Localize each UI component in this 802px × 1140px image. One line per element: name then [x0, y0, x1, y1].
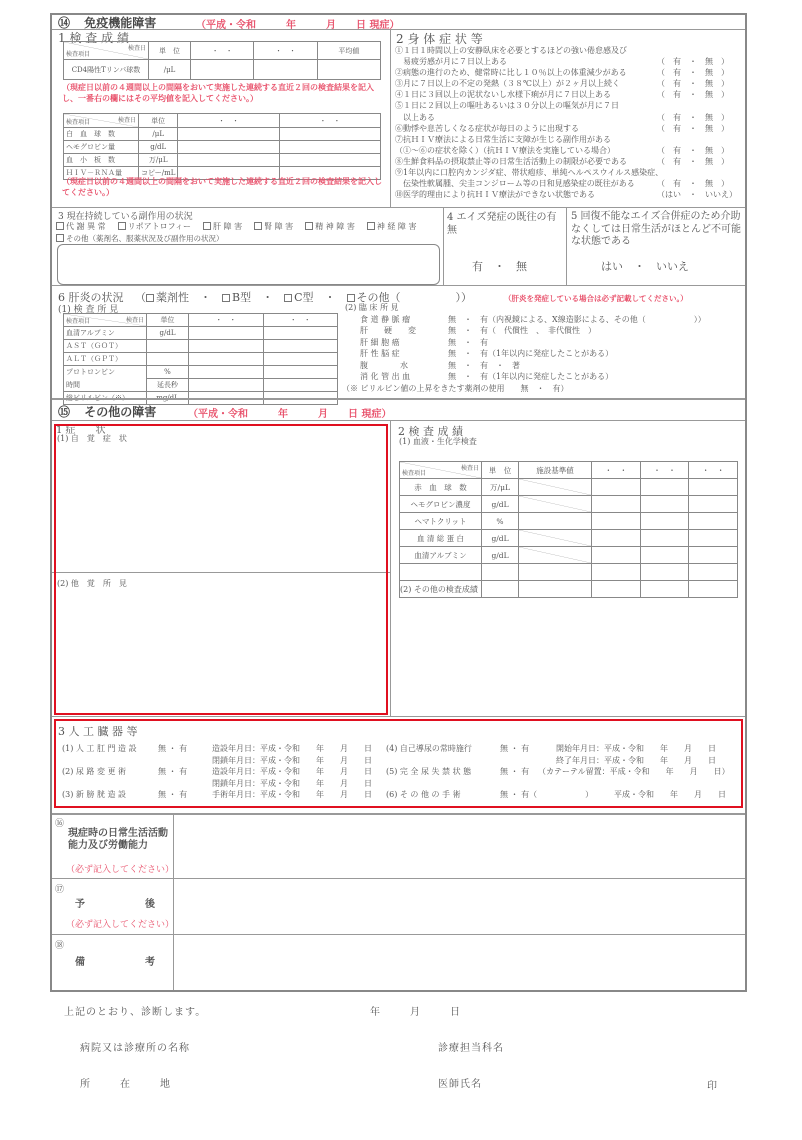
test-unit: 万/μL — [482, 479, 519, 496]
symptom-text: ⑧生鮮食料品の摂取禁止等の日常生活活動上の制限が必要である — [395, 157, 627, 166]
clinical-name: 肝 性 脳 症 — [360, 349, 400, 358]
checkbox[interactable] — [118, 222, 126, 230]
blood-table: 検査項目検査日 単位 ・ ・ ・ ・ 白 血 球 数/μL ヘモグロビン量g/d… — [63, 113, 381, 180]
symptom-item: ④１日に３回以上の泥状ないし水様下痢が月に７日以上ある（ 有 ・ 無 ） — [395, 89, 743, 100]
complication-choice[interactable]: はい ・ いいえ — [601, 258, 689, 274]
symptom-item: ⑥動悸や息苦しくなる症状が毎日のように出現する（ 有 ・ 無 ） — [395, 123, 743, 134]
side-effect-option[interactable]: 腎 障 害 — [254, 222, 293, 231]
checkbox[interactable] — [56, 234, 64, 242]
symptom-text: 以上ある — [395, 113, 435, 122]
reference-value[interactable] — [519, 564, 592, 581]
table-row: CD4陽性Tリンパ球数 /μL — [64, 60, 381, 80]
test-unit: % — [482, 513, 519, 530]
clinical-item: 食 道 静 脈 瘤無 ・ 有（内視鏡による、X線造影による、その他（ ）） — [360, 314, 740, 325]
section15-date: （平成・令和 年 月 日 現症） — [188, 405, 391, 420]
result-cell[interactable] — [592, 513, 641, 530]
option-label: 精 神 障 害 — [315, 222, 355, 231]
result-cell[interactable] — [592, 581, 641, 598]
section17-input[interactable] — [176, 880, 743, 932]
result-cell[interactable] — [592, 547, 641, 564]
result-cell[interactable] — [592, 530, 641, 547]
reference-value — [519, 496, 592, 513]
highlight-symptoms — [54, 424, 388, 715]
result-cell[interactable] — [689, 513, 738, 530]
test-unit: g/dL — [482, 530, 519, 547]
result-cell[interactable] — [689, 564, 738, 581]
result-cell[interactable] — [640, 479, 689, 496]
lab15-table: 検査項目検査日 単 位 施設基準値 ・ ・ ・ ・ ・ ・ 赤 血 球 数万/μ… — [399, 461, 738, 598]
table-row: 血 清 総 蛋 白g/dL — [400, 530, 738, 547]
symptom-item: ⑧生鮮食料品の摂取禁止等の日常生活活動上の制限が必要である（ 有 ・ 無 ） — [395, 156, 743, 167]
symptom-item: ⑤１日に２回以上の嘔吐あるいは３０分以上の嘔気が月に７日 — [395, 100, 743, 111]
symptom-choice[interactable]: （ 有 ・ 無 ） — [657, 123, 729, 134]
table-row: 白 血 球 数/μL — [64, 128, 381, 141]
checkbox[interactable] — [254, 222, 262, 230]
section18-label: 備 考 — [75, 953, 155, 968]
clinical-item: 肝 性 脳 症無 ・ 有（1年以内に発症したことがある） — [360, 348, 740, 359]
side-effect-option[interactable]: リポアトロフィー — [118, 222, 191, 231]
table-row: ヘモグロビン量g/dL — [64, 141, 381, 154]
checkbox[interactable] — [305, 222, 313, 230]
result-cell[interactable] — [640, 530, 689, 547]
lab-note-2: （現症日以前の４週間以上の間隔をおいて実施した連続する直近２回の検査結果を記入し… — [62, 176, 384, 198]
table-row: プロトロンビン% — [64, 366, 338, 379]
clinical-findings-title: (2) 臨 床 所 見 — [345, 302, 399, 313]
symptom-text: 易疲労感が月に７日以上ある — [395, 57, 507, 66]
clinical-name: 肝 硬 変 — [360, 326, 416, 335]
test-unit — [482, 564, 519, 581]
result-cell[interactable] — [640, 547, 689, 564]
section15-header: ⑮ その他の障害 — [58, 403, 156, 420]
other-lab-input[interactable] — [398, 598, 740, 710]
clinical-choice[interactable]: 無 ・ 有 — [448, 337, 488, 348]
option-label: 神 経 障 害 — [377, 222, 417, 231]
table-row: 赤 血 球 数万/μL — [400, 479, 738, 496]
clinical-item: 肝 硬 変無 ・ 有（ 代償性 、 非代償性 ） — [360, 325, 740, 336]
result-cell[interactable] — [640, 496, 689, 513]
checkbox-b[interactable] — [222, 294, 230, 302]
section14-number: ⑭ — [58, 16, 70, 30]
reference-value[interactable] — [519, 513, 592, 530]
reference-value — [519, 547, 592, 564]
result-cell[interactable] — [640, 581, 689, 598]
hepatitis-title-row: 6 肝炎の状況 （薬剤性 ・ B型 ・ C型 ・ その他（ ）） — [58, 289, 472, 305]
section15-title: その他の障害 — [84, 405, 156, 419]
test-unit — [482, 581, 519, 598]
symptom-item: 伝染性軟属腫、尖圭コンジローム等の日和見感染症の既往がある（ 有 ・ 無 ） — [395, 178, 743, 189]
side-effects-other[interactable]: その他（薬剤名、服薬状況及び副作用の状況） — [56, 233, 224, 244]
section18-input[interactable] — [176, 936, 743, 989]
clinical-name: 消 化 管 出 血 — [360, 372, 410, 381]
symptom-text: 伝染性軟属腫、尖圭コンジローム等の日和見感染症の既往がある — [395, 179, 635, 188]
table-row: ＡＳＴ（ＧＯＴ） — [64, 340, 338, 353]
side-effects-options: 代 謝 異 常リポアトロフィー肝 障 害腎 障 害精 神 障 害神 経 障 害 — [56, 221, 441, 232]
clinical-item: 肝 細 胞 癌無 ・ 有 — [360, 337, 740, 348]
section17-note: （必ず記入してください） — [66, 917, 174, 930]
hepatitis-note: （肝炎を発症している場合は必ず記載してください。） — [504, 293, 688, 304]
symptom-choice[interactable]: （ 有 ・ 無 ） — [657, 178, 729, 189]
clinical-name: 食 道 静 脈 瘤 — [360, 315, 410, 324]
symptom-text: ⑨1年以内に口腔内カンジダ症、帯状疱疹、単純ヘルペスウイルス感染症、 — [395, 168, 663, 177]
clinical-note: （1年以内に発症したことがある） — [488, 371, 613, 382]
option-label: リポアトロフィー — [128, 222, 191, 231]
aids-history-choice[interactable]: 有 ・ 無 — [472, 258, 527, 274]
symptom-item: ③月に７日以上の不定の発熱（３８℃以上）が２ヶ月以上続く（ 有 ・ 無 ） — [395, 78, 743, 89]
doctor-name-label: 医師氏名 — [438, 1075, 482, 1090]
reference-value — [519, 530, 592, 547]
section17-label: 予 後 — [75, 895, 155, 910]
address-label: 所 在 地 — [80, 1075, 170, 1090]
diagnosis-date[interactable]: 年 月 日 — [370, 1003, 460, 1018]
clinical-note: （ 代償性 、 非代償性 ） — [488, 325, 596, 336]
result-cell[interactable] — [640, 513, 689, 530]
test-name: 血 清 総 蛋 白 — [400, 530, 482, 547]
result-cell[interactable] — [640, 564, 689, 581]
checkbox-other[interactable] — [347, 294, 355, 302]
symptom-choice[interactable]: （ 有 ・ 無 ） — [657, 156, 729, 167]
clinical-choice[interactable]: 無 ・ 有 — [448, 314, 488, 325]
symptom-choice[interactable]: （ 有 ・ 無 ） — [657, 56, 729, 67]
result-cell[interactable] — [592, 564, 641, 581]
symptoms-list: ①１日１時間以上の安静臥床を必要とするほどの強い倦怠感及び 易疲労感が月に７日以… — [395, 45, 743, 200]
result-cell[interactable] — [689, 530, 738, 547]
clinical-choice[interactable]: 無 ・ 有 — [448, 371, 488, 382]
table-row: ヘマトクリット% — [400, 513, 738, 530]
clinical-choice[interactable]: 無 ・ 有 ・ 著 — [448, 360, 520, 371]
checkbox-c[interactable] — [284, 294, 292, 302]
clinical-findings-list: 食 道 静 脈 瘤無 ・ 有（内視鏡による、X線造影による、その他（ ））肝 硬… — [360, 314, 740, 382]
symptom-item: 易疲労感が月に７日以上ある（ 有 ・ 無 ） — [395, 56, 743, 67]
section15-number: ⑮ — [58, 405, 70, 419]
clinical-item: 消 化 管 出 血無 ・ 有（1年以内に発症したことがある） — [360, 371, 740, 382]
symptom-choice[interactable]: （ 有 ・ 無 ） — [657, 89, 729, 100]
diagnosis-statement: 上記のとおり、診断します。 — [64, 1003, 206, 1018]
reference-value[interactable] — [519, 581, 592, 598]
symptom-item: ⑨1年以内に口腔内カンジダ症、帯状疱疹、単純ヘルペスウイルス感染症、 — [395, 167, 743, 178]
symptom-text: ⑩医学的理由により抗ＨＩＶ療法ができない状態である — [395, 190, 595, 199]
test-unit: g/dL — [482, 496, 519, 513]
reference-value — [519, 479, 592, 496]
checkbox-drug[interactable] — [146, 294, 154, 302]
department-label: 診療担当科名 — [438, 1039, 504, 1054]
cd4-average[interactable] — [317, 60, 380, 80]
checkbox[interactable] — [367, 222, 375, 230]
clinical-choice[interactable]: 無 ・ 有 — [448, 325, 488, 336]
result-cell[interactable] — [592, 479, 641, 496]
symptom-text: ④１日に３回以上の泥状ないし水様下痢が月に７日以上ある — [395, 90, 611, 99]
side-effect-option[interactable]: 肝 障 害 — [203, 222, 242, 231]
symptom-item: ⑦抗ＨＩＶ療法による日常生活に支障が生じる副作用がある — [395, 134, 743, 145]
table-row: 時間延長秒 — [64, 379, 338, 392]
lab-note-1: （現症日以前の４週間以上の間隔をおいて実施した連続する直近２回の検査結果を記入し… — [62, 82, 384, 104]
symptom-item: ①１日１時間以上の安静臥床を必要とするほどの強い倦怠感及び — [395, 45, 743, 56]
complication-title: 5 回復不能なエイズ合併症のため介助なくしては日常生活がほとんど不可能な状態であ… — [571, 211, 743, 249]
seal-mark: 印 — [707, 1077, 717, 1092]
symptom-text: ③月に７日以上の不定の発熱（３８℃以上）が２ヶ月以上続く — [395, 79, 620, 88]
symptom-text: ⑥動悸や息苦しくなる症状が毎日のように出現する — [395, 124, 579, 133]
test-name: ヘマトクリット — [400, 513, 482, 530]
clinical-choice[interactable]: 無 ・ 有 — [448, 348, 488, 359]
test-name: 赤 血 球 数 — [400, 479, 482, 496]
symptom-choice[interactable]: （はい ・ いいえ） — [657, 189, 737, 200]
side-effects-input[interactable] — [57, 244, 440, 285]
symptom-item: 以上ある（ 有 ・ 無 ） — [395, 112, 743, 123]
cd4-value-1[interactable] — [191, 60, 254, 80]
side-effect-option[interactable]: 代 謝 異 常 — [56, 222, 106, 231]
table-row: 血清アルブミンg/dL — [64, 327, 338, 340]
section16-note: （必ず記入してください） — [66, 862, 174, 875]
table-row: ＡＬＴ（ＧＰＴ） — [64, 353, 338, 366]
option-label: 肝 障 害 — [213, 222, 242, 231]
hepatitis-table: 検査項目検査日 単位 ・ ・ ・ ・ 血清アルブミンg/dL ＡＳＴ（ＧＯＴ） … — [63, 313, 338, 405]
result-cell[interactable] — [689, 547, 738, 564]
symptom-text: ⑤１日に２回以上の嘔吐あるいは３０分以上の嘔気が月に７日 — [395, 101, 619, 110]
table-row — [400, 564, 738, 581]
symptom-text: ⑦抗ＨＩＶ療法による日常生活に支障が生じる副作用がある — [395, 135, 611, 144]
section14-title: 免疫機能障害 — [84, 16, 156, 30]
result-cell[interactable] — [592, 496, 641, 513]
section18-number: ⑱ — [55, 938, 64, 951]
test-unit: g/dL — [482, 547, 519, 564]
result-cell[interactable] — [689, 479, 738, 496]
cd4-value-2[interactable] — [254, 60, 317, 80]
option-label: 代 謝 異 常 — [66, 222, 106, 231]
section16-number: ⑯ — [55, 816, 64, 829]
checkbox[interactable] — [56, 222, 64, 230]
test-name — [400, 564, 482, 581]
table-row: ヘモグロビン濃度g/dL — [400, 496, 738, 513]
test-name: 血清アルブミン — [400, 547, 482, 564]
side-effect-option[interactable]: 神 経 障 害 — [367, 222, 417, 231]
clinical-name: 腹 水 — [360, 361, 408, 370]
hospital-label: 病院又は診療所の名称 — [80, 1039, 190, 1054]
clinical-note: （1年以内に発症したことがある） — [488, 348, 613, 359]
symptom-item: ②病態の進行のため、健常時に比し１０％以上の体重減少がある（ 有 ・ 無 ） — [395, 67, 743, 78]
symptom-item: ⑩医学的理由により抗ＨＩＶ療法ができない状態である（はい ・ いいえ） — [395, 189, 743, 200]
aids-history-title: 4 エイズ発症の既往の有無 — [447, 211, 562, 237]
section17-number: ⑰ — [55, 882, 64, 895]
bilirubin-note: （※ ビリルビン値の上昇をきたす薬剤の使用 無 ・ 有） — [342, 383, 569, 394]
clinical-item: 腹 水無 ・ 有 ・ 著 — [360, 360, 740, 371]
option-label: 腎 障 害 — [264, 222, 293, 231]
highlight-artificial — [54, 719, 743, 808]
lab15-subtitle: (1) 血液・生化学検査 — [399, 436, 477, 447]
result-cell[interactable] — [689, 496, 738, 513]
symptom-item: （①～⑥の症状を除く）（抗ＨＩＶ療法を実施している場合）（ 有 ・ 無 ） — [395, 145, 743, 156]
clinical-name: 肝 細 胞 癌 — [360, 338, 400, 347]
test-name: ヘモグロビン濃度 — [400, 496, 482, 513]
section16-label: 現症時の日常生活活動能力及び労働能力 — [68, 828, 172, 852]
result-cell[interactable] — [689, 581, 738, 598]
table-row: 血 小 板 数万/μL — [64, 154, 381, 167]
clinical-note: （内視鏡による、X線造影による、その他（ ）） — [488, 314, 706, 325]
symptom-choice[interactable]: （ 有 ・ 無 ） — [657, 112, 729, 123]
section16-input[interactable] — [176, 815, 743, 877]
side-effect-option[interactable]: 精 神 障 害 — [305, 222, 355, 231]
checkbox[interactable] — [203, 222, 211, 230]
symptom-text: ①１日１時間以上の安静臥床を必要とするほどの強い倦怠感及び — [395, 46, 627, 55]
symptom-choice[interactable]: （ 有 ・ 無 ） — [657, 78, 729, 89]
cd4-table: 検査項目検査日 単 位 ・ ・ ・ ・ 平均値 CD4陽性Tリンパ球数 /μL — [63, 41, 381, 80]
symptom-text: ②病態の進行のため、健常時に比し１０％以上の体重減少がある — [395, 68, 627, 77]
symptom-choice[interactable]: （ 有 ・ 無 ） — [657, 145, 729, 156]
other-lab-label: (2) その他の検査成績 — [400, 584, 478, 595]
table-row: 血清アルブミンg/dL — [400, 547, 738, 564]
symptom-text: （①～⑥の症状を除く）（抗ＨＩＶ療法を実施している場合） — [395, 146, 615, 155]
symptom-choice[interactable]: （ 有 ・ 無 ） — [657, 67, 729, 78]
